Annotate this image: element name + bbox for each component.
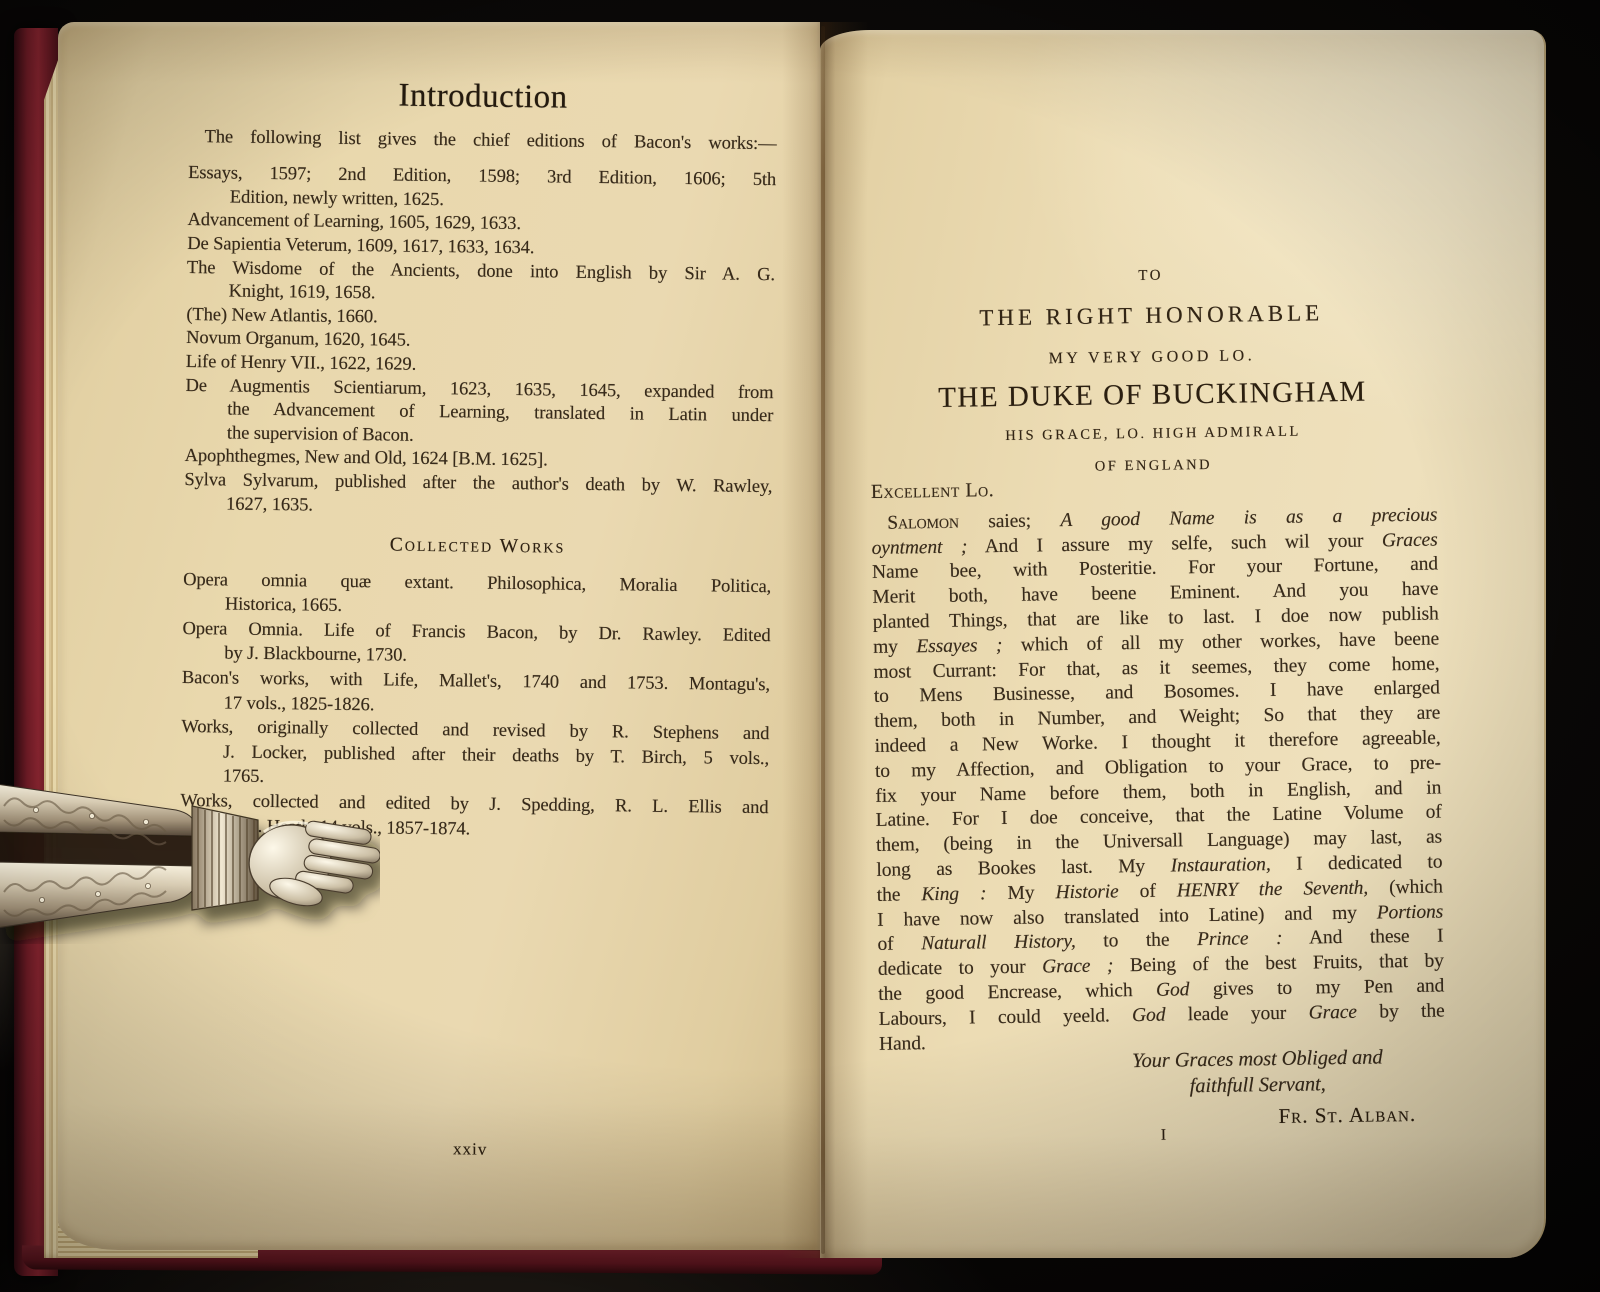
- text-segment: Prince :: [1197, 928, 1283, 950]
- book-photo-scene: Introduction The following list gives th…: [0, 0, 1600, 1292]
- dedication-duke-of-buckingham: THE DUKE OF BUCKINGHAM: [869, 379, 1435, 412]
- text-segment: God: [1132, 1004, 1166, 1025]
- right-page: TO THE RIGHT HONORABLE MY VERY GOOD LO. …: [820, 30, 1546, 1258]
- silver-hand-page-holder: [0, 768, 380, 944]
- text-segment: A good Name is as a precious: [1060, 504, 1437, 531]
- text-segment: the good Encrease, which: [878, 980, 1156, 1005]
- text-segment: Edition, newly written, 1625.: [230, 187, 444, 210]
- text-segment: 17 vols., 1825-1826.: [224, 693, 375, 715]
- text-segment: And I assure my selfe, such wil your: [967, 530, 1382, 557]
- dedication-heading: TO THE RIGHT HONORABLE MY VERY GOOD LO. …: [868, 260, 1437, 483]
- text-segment: HENRY the Seventh,: [1177, 877, 1369, 901]
- text-segment: long as Bookes last. My: [876, 855, 1170, 880]
- text-segment: Naturall History,: [921, 931, 1076, 954]
- text-segment: Historie: [1055, 881, 1118, 903]
- text-segment: J. Locker, published after their deaths …: [223, 742, 769, 769]
- closing-line-2: faithfull Servant,: [1070, 1069, 1446, 1101]
- text-segment: King :: [921, 883, 986, 905]
- text-segment: 1627, 1635.: [226, 494, 313, 515]
- dedication-body-lines: Salomon saies; A good Name is as a preci…: [871, 503, 1445, 1057]
- left-page-number: xxiv: [176, 1134, 764, 1165]
- text-segment: oyntment ;: [872, 536, 968, 558]
- text-segment: the: [877, 884, 922, 906]
- right-page-text-block: TO THE RIGHT HONORABLE MY VERY GOOD LO. …: [864, 22, 1448, 1258]
- dedication-body: Excellent Lo. Salomon saies; A good Name…: [871, 472, 1446, 1058]
- text-segment: God: [1156, 979, 1190, 1000]
- text-segment: of: [1118, 880, 1177, 902]
- dedication-good-lo: MY VERY GOOD LO.: [869, 341, 1435, 374]
- text-segment: dedicate to your: [878, 957, 1043, 980]
- text-segment: to the: [1076, 930, 1198, 953]
- left-page-text-block: Introduction The following list gives th…: [175, 22, 778, 1257]
- text-segment: of: [877, 934, 921, 956]
- text-segment: Salomon: [887, 511, 959, 533]
- dedication-honorable: THE RIGHT HONORABLE: [868, 299, 1434, 332]
- text-segment: by the: [1357, 1000, 1445, 1022]
- text-segment: Portions: [1377, 901, 1444, 923]
- text-segment: Apophthegmes, New and Old, 1624 [B.M. 16…: [185, 446, 548, 470]
- text-segment: Grace: [1309, 1002, 1358, 1024]
- closing-block: Your Graces most Obliged and faithfull S…: [1069, 1043, 1446, 1101]
- text-segment: De Sapientia Veterum, 1609, 1617, 1633, …: [187, 234, 534, 258]
- dedication-to: TO: [868, 260, 1434, 293]
- text-segment: by J. Blackbourne, 1730.: [224, 644, 407, 666]
- text-segment: I dedicated to: [1270, 851, 1442, 875]
- text-segment: leade your: [1165, 1002, 1309, 1025]
- text-segment: Instauration,: [1170, 854, 1270, 876]
- text-segment: Labours, I could yeeld.: [879, 1005, 1133, 1030]
- editions-list: Essays, 1597; 2nd Edition, 1598; 3rd Edi…: [184, 162, 776, 523]
- text-segment: My: [986, 882, 1055, 904]
- text-segment: Being of the best Fruits, that by: [1113, 951, 1444, 977]
- text-segment: saies;: [959, 510, 1061, 533]
- text-segment: Novum Organum, 1620, 1645.: [186, 328, 410, 351]
- left-page: Introduction The following list gives th…: [58, 22, 820, 1250]
- text-segment: Hand.: [879, 1033, 926, 1055]
- text-segment: gives to my Pen and: [1189, 975, 1444, 1000]
- text-segment: Essayes ;: [916, 635, 1002, 657]
- text-segment: (The) New Atlantis, 1660.: [186, 305, 377, 327]
- text-segment: Historica, 1665.: [225, 595, 342, 616]
- text-segment: Advancement of Learning, 1605, 1629, 163…: [187, 210, 521, 234]
- collected-works-heading: Collected Works: [183, 531, 771, 562]
- text-segment: the supervision of Bacon.: [227, 423, 414, 445]
- dedication-his-grace: HIS GRACE, LO. HIGH ADMIRALL: [870, 418, 1436, 451]
- text-segment: the Advancement of Learning, translated …: [227, 400, 773, 427]
- text-segment: Grace ;: [1042, 956, 1114, 978]
- text-segment: which of all my other workes, have beene: [1002, 628, 1439, 655]
- intro-line: The following list gives the chief editi…: [188, 126, 776, 157]
- text-segment: Graces: [1382, 529, 1438, 551]
- clasp-body: [0, 784, 380, 928]
- text-segment: Knight, 1619, 1658.: [229, 282, 376, 304]
- text-segment: (which: [1368, 876, 1443, 898]
- text-segment: Life of Henry VII., 1622, 1629.: [186, 352, 417, 375]
- text-segment: And these I: [1282, 926, 1443, 949]
- page-title: Introduction: [189, 82, 777, 113]
- text-segment: my: [873, 636, 917, 658]
